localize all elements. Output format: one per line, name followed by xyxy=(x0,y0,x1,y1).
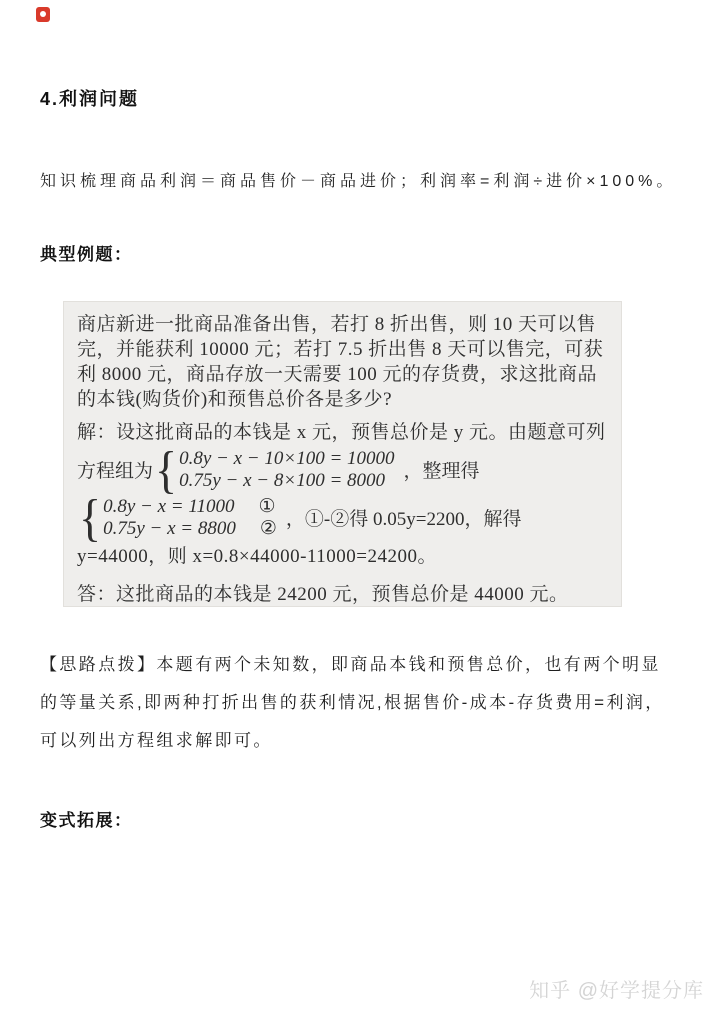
problem-line: 完，并能获利 10000 元；若打 7.5 折出售 8 天可以售完，可获 xyxy=(77,337,615,362)
problem-statement: 商店新进一批商品准备出售，若打 8 折出售，则 10 天可以售 完，并能获利 1… xyxy=(77,312,615,412)
section-heading-example: 典型例题： xyxy=(40,240,133,265)
equation-tag: ② xyxy=(260,518,277,539)
solve-line: y=44000，则 x=0.8×44000-11000=24200。 xyxy=(77,544,615,569)
section-heading-variation: 变式拓展： xyxy=(40,806,133,831)
equation-system-1: 方程组为 { 0.8y − x − 10×100 = 10000 0.75y −… xyxy=(77,446,615,493)
problem-line: 的本钱(购货价)和预售总价各是多少? xyxy=(77,387,615,412)
system2-equations: 0.8y − x = 11000① 0.75y − x = 8800② xyxy=(103,496,277,540)
problem-line: 利 8000 元，商品存放一天需要 100 元的存货费，求这批商品 xyxy=(77,362,615,387)
answer-line: 答：这批商品的本钱是 24200 元，预售总价是 44000 元。 xyxy=(77,582,615,607)
equation-line: 0.8y − x − 10×100 = 10000 xyxy=(179,448,394,470)
watermark: 知乎 @好学提分库 xyxy=(529,974,704,1003)
equation-line: 0.8y − x = 11000① xyxy=(103,496,277,518)
analysis-line: 可以列出方程组求解即可。 xyxy=(40,722,665,760)
problem-line: 商店新进一批商品准备出售，若打 8 折出售，则 10 天可以售 xyxy=(77,312,615,337)
red-marker-icon xyxy=(36,7,50,22)
red-marker-dot xyxy=(40,11,46,17)
system1-suffix: ，整理得 xyxy=(404,456,480,483)
analysis-paragraph: 【思路点拨】本题有两个未知数，即商品本钱和预售总价，也有两个明显 的等量关系,即… xyxy=(40,646,665,760)
equation-text: 0.8y − x = 11000 xyxy=(103,496,234,517)
analysis-line: 【思路点拨】本题有两个未知数，即商品本钱和预售总价，也有两个明显 xyxy=(40,646,665,684)
equation-line: 0.75y − x − 8×100 = 8000 xyxy=(179,470,394,492)
equation-line: 0.75y − x = 8800② xyxy=(103,518,277,540)
system1-label: 方程组为 xyxy=(77,456,153,483)
equation-tag: ① xyxy=(258,496,275,517)
equation-system-2: { 0.8y − x = 11000① 0.75y − x = 8800② ，①… xyxy=(77,494,615,541)
example-problem-scan: 商店新进一批商品准备出售，若打 8 折出售，则 10 天可以售 完，并能获利 1… xyxy=(63,301,622,607)
analysis-line: 的等量关系,即两种打折出售的获利情况,根据售价-成本-存货费用=利润， xyxy=(40,684,665,722)
knowledge-summary: 知识梳理商品利润＝商品售价－商品进价；利润率=利润÷进价×100%。 xyxy=(40,168,676,191)
left-brace-icon: { xyxy=(79,495,101,540)
system2-suffix: ，①-②得 0.05y=2200，解得 xyxy=(286,504,522,531)
equation-text: 0.75y − x = 8800 xyxy=(103,518,236,539)
system1-equations: 0.8y − x − 10×100 = 10000 0.75y − x − 8×… xyxy=(179,448,394,492)
page-title: 4.利润问题 xyxy=(40,85,139,111)
left-brace-icon: { xyxy=(155,447,177,492)
